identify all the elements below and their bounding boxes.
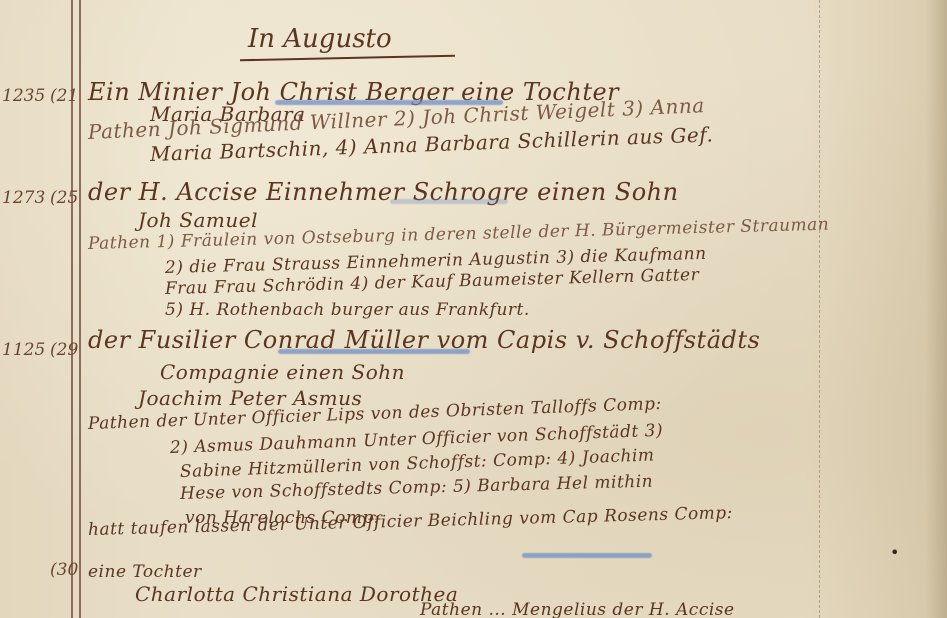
margin-rule-right (79, 0, 81, 618)
heading-underline (240, 55, 455, 62)
register-number: 1235 (2, 86, 45, 106)
entry-line: eine Tochter (88, 562, 202, 582)
entry-line: 5) H. Rothenbach burger aus Frankfurt. (165, 300, 530, 320)
register-number: 1273 (2, 188, 45, 208)
entry-day: (29 (50, 340, 78, 360)
dashed-column-rule (819, 0, 820, 618)
blue-pencil-underline (278, 349, 470, 354)
register-number: 1125 (2, 340, 45, 360)
register-page: In Augusto 1235 (21 Ein Minier Joh Chris… (0, 0, 947, 618)
entry-day: (21 (50, 86, 78, 106)
page-edge-shadow (925, 0, 947, 618)
blue-pencil-underline (390, 199, 508, 204)
entry-line: der H. Accise Einnehmer Schrogre einen S… (88, 178, 679, 206)
child-name: Joh Samuel (138, 208, 258, 232)
entry-line: Pathen ... Mengelius der H. Accise (420, 600, 735, 618)
ink-mark: • (890, 543, 899, 562)
child-name: Charlotta Christiana Dorothea (135, 582, 458, 606)
entry-day: (30 (50, 560, 78, 580)
blue-pencil-underline (522, 553, 652, 558)
entry-day: (25 (50, 188, 78, 208)
section-heading: In Augusto (248, 24, 392, 54)
entry-line: Compagnie einen Sohn (160, 360, 405, 384)
